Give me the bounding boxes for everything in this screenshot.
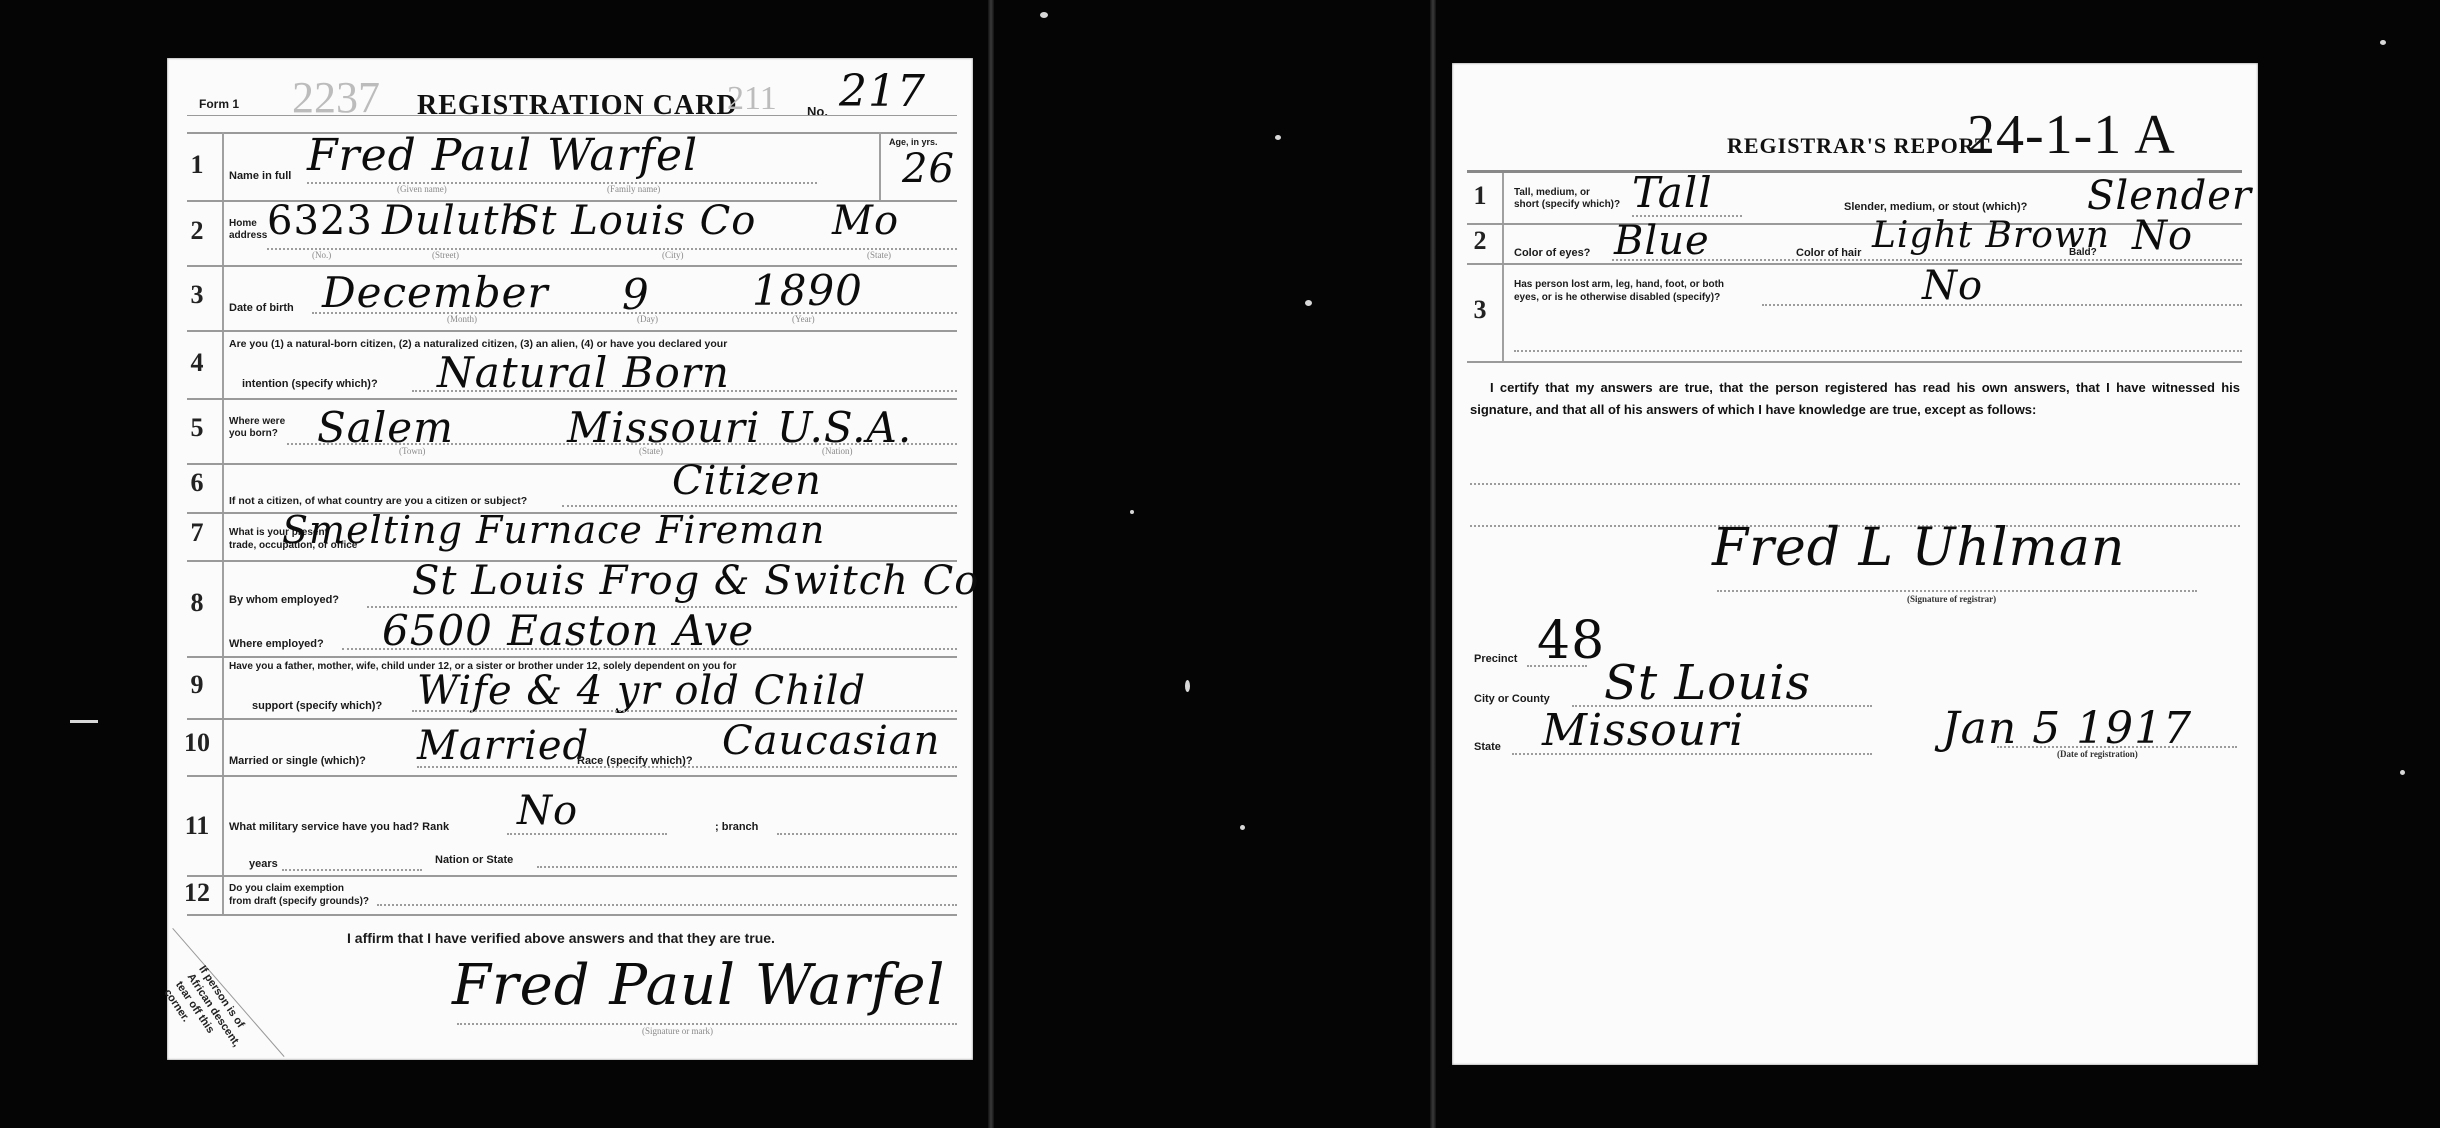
caption-street: (Street) <box>432 250 459 260</box>
dust-speck <box>1130 510 1134 514</box>
fill-line <box>1527 665 1587 667</box>
birth-month: December <box>322 268 549 317</box>
row-divider <box>187 463 957 465</box>
film-edge-right <box>1430 0 1436 1128</box>
header-rule <box>187 115 957 116</box>
caption-city: (City) <box>662 250 684 260</box>
birth-year: 1890 <box>752 266 863 315</box>
report-stamp: 24-1-1 A <box>1967 103 2176 167</box>
fill-line <box>342 648 957 650</box>
citizenship-label: intention (specify which)? <box>242 378 378 390</box>
row-number: 10 <box>172 728 222 758</box>
caption-town: (Town) <box>399 446 425 456</box>
registrars-report-card: REGISTRAR'S REPORT 24-1-1 A 1 Tall, medi… <box>1452 63 2258 1065</box>
military-rank: No <box>517 788 578 834</box>
fill-line <box>562 505 957 507</box>
row-divider <box>187 875 957 877</box>
disability-label-line2: eyes, or is he otherwise disabled (speci… <box>1514 292 1720 303</box>
row-divider <box>1467 361 2242 363</box>
signature-caption: (Signature or mark) <box>642 1026 713 1036</box>
precinct-label: Precinct <box>1474 653 1517 665</box>
date-of-birth-label: Date of birth <box>229 302 294 314</box>
certification-text: I certify that my answers are true, that… <box>1470 377 2240 421</box>
fill-line <box>507 833 667 835</box>
caption-no: (No.) <box>312 250 331 260</box>
dust-speck <box>70 720 98 723</box>
address-street: Duluth <box>382 198 526 244</box>
branch-label: ; branch <box>715 821 758 833</box>
address-state: Mo <box>832 198 899 244</box>
caption-day: (Day) <box>637 314 658 324</box>
citizen-country-value: Citizen <box>672 458 822 504</box>
row-number: 5 <box>172 413 222 443</box>
corner-note: If person is of African descent, tear of… <box>161 963 255 1065</box>
exemption-label-line1: Do you claim exemption <box>229 883 344 894</box>
caption-state: (State) <box>867 250 891 260</box>
dust-speck <box>1040 12 1048 18</box>
row-divider <box>187 775 957 777</box>
build-label: Slender, medium, or stout (which)? <box>1844 201 2027 213</box>
dust-speck <box>2400 770 2405 775</box>
row-divider <box>187 330 957 332</box>
fill-line <box>412 710 957 712</box>
fill-line <box>377 904 957 906</box>
name-value: Fred Paul Warfel <box>307 130 698 181</box>
row-number: 2 <box>1460 226 1500 256</box>
row-number: 3 <box>172 280 222 310</box>
exemption-label: Do you claim exemptionfrom draft (specif… <box>229 882 369 908</box>
fill-line <box>312 312 957 314</box>
dust-speck <box>1240 825 1245 830</box>
fill-line <box>287 443 957 445</box>
registrant-signature: Fred Paul Warfel <box>452 953 945 1018</box>
report-title: REGISTRAR'S REPORT <box>1727 133 1991 159</box>
state-label: State <box>1474 741 1501 753</box>
fill-line <box>537 866 957 868</box>
caption-nation: (Nation) <box>822 446 853 456</box>
row-number: 8 <box>172 588 222 618</box>
caption-state: (State) <box>639 446 663 456</box>
number-column-divider <box>1502 173 1504 361</box>
citizen-country-label: If not a citizen, of what country are yo… <box>229 495 527 507</box>
caption-given-name: (Given name) <box>397 184 447 194</box>
employer-label: By whom employed? <box>229 594 339 606</box>
where-employed-label: Where employed? <box>229 638 324 650</box>
eye-color-value: Blue <box>1614 218 1710 264</box>
fill-line <box>417 766 957 768</box>
bald-value: No <box>2132 213 2193 259</box>
registration-card: Form 1 2237 REGISTRATION CARD 211 No. 21… <box>167 58 973 1060</box>
birthplace-label: Where wereyou born? <box>229 416 285 440</box>
age-divider <box>879 132 881 200</box>
row-divider <box>187 914 957 916</box>
eye-color-label: Color of eyes? <box>1514 247 1590 259</box>
fill-line <box>412 390 957 392</box>
signature-line <box>457 1023 957 1025</box>
exception-line <box>1470 483 2240 485</box>
height-label-line2: short (specify which)? <box>1514 199 1620 210</box>
row-number: 11 <box>172 811 222 841</box>
disability-label-line1: Has person lost arm, leg, hand, foot, or… <box>1514 279 1724 290</box>
nation-state-label: Nation or State <box>435 854 513 866</box>
county-value: St Louis <box>1604 655 1811 711</box>
row-number: 3 <box>1460 295 1500 325</box>
affirmation-text: I affirm that I have verified above answ… <box>347 932 775 944</box>
dust-speck <box>2380 40 2386 45</box>
caption-family-name: (Family name) <box>607 184 660 194</box>
form-label: Form 1 <box>199 98 239 110</box>
caption-year: (Year) <box>792 314 815 324</box>
disability-value: No <box>1922 263 1983 309</box>
fill-line <box>1762 304 2242 306</box>
county-label: City or County <box>1474 693 1550 705</box>
home-address-label: Homeaddress <box>229 218 269 242</box>
bald-label: Bald? <box>2069 247 2097 259</box>
row-number: 9 <box>172 670 222 700</box>
caption-month: (Month) <box>447 314 477 324</box>
age-value: 26 <box>902 146 955 192</box>
address-city: St Louis Co <box>512 198 756 244</box>
fill-line <box>307 182 817 184</box>
occupation-value: Smelting Furnace Fireman <box>282 508 825 552</box>
years-label: years <box>249 858 278 870</box>
title-stamp: 211 <box>727 80 777 118</box>
registrar-signature: Fred L Uhlman <box>1712 518 2125 578</box>
row-divider <box>187 656 957 658</box>
height-label-line1: Tall, medium, or <box>1514 187 1590 198</box>
film-edge-left <box>988 0 994 1128</box>
registrar-caption: (Signature of registrar) <box>1907 594 1996 604</box>
disability-label: Has person lost arm, leg, hand, foot, or… <box>1514 278 1724 304</box>
date-caption: (Date of registration) <box>2057 749 2138 759</box>
row-number: 1 <box>172 150 222 180</box>
row-divider <box>1467 223 2242 225</box>
fill-line <box>282 869 422 871</box>
employer-value: St Louis Frog & Switch Co <box>412 558 979 604</box>
row-divider <box>187 398 957 400</box>
fill-line <box>1512 753 1872 755</box>
row-number: 6 <box>172 468 222 498</box>
race-value: Caucasian <box>722 718 940 764</box>
fill-line <box>1514 350 2242 352</box>
precinct-value: 48 <box>1537 611 1605 671</box>
state-value: Missouri <box>1542 705 1744 756</box>
military-label: What military service have you had? Rank <box>229 821 449 833</box>
fill-line <box>1632 215 1742 217</box>
fill-line <box>777 833 957 835</box>
fill-line <box>1612 259 2242 261</box>
date-line <box>1997 746 2237 748</box>
hair-color-label: Color of hair <box>1796 247 1861 259</box>
name-label: Name in full <box>229 170 291 182</box>
height-value: Tall <box>1632 168 1713 217</box>
number-label: No. <box>807 106 828 118</box>
address-number: 6323 <box>267 198 373 244</box>
number-column-divider <box>222 132 224 914</box>
row-number: 1 <box>1460 181 1500 211</box>
dependents-label: support (specify which)? <box>252 700 382 712</box>
row-number: 4 <box>172 348 222 378</box>
card-number: 217 <box>839 66 926 117</box>
row-number: 12 <box>172 878 222 908</box>
row-number: 7 <box>172 518 222 548</box>
dependents-value: Wife & 4 yr old Child <box>417 668 866 714</box>
marital-value: Married <box>417 723 589 769</box>
fill-line <box>267 248 957 250</box>
card-title: REGISTRATION CARD <box>417 90 738 122</box>
registrar-signature-line <box>1717 590 2197 592</box>
dust-speck <box>1305 300 1312 306</box>
height-label: Tall, medium, orshort (specify which)? <box>1514 187 1620 211</box>
exemption-label-line2: from draft (specify grounds)? <box>229 896 369 907</box>
row-number: 2 <box>172 216 222 246</box>
dust-speck <box>1275 135 1281 140</box>
marital-label: Married or single (which)? <box>229 755 366 767</box>
dust-speck <box>1185 680 1190 692</box>
row-divider <box>1467 263 2242 265</box>
